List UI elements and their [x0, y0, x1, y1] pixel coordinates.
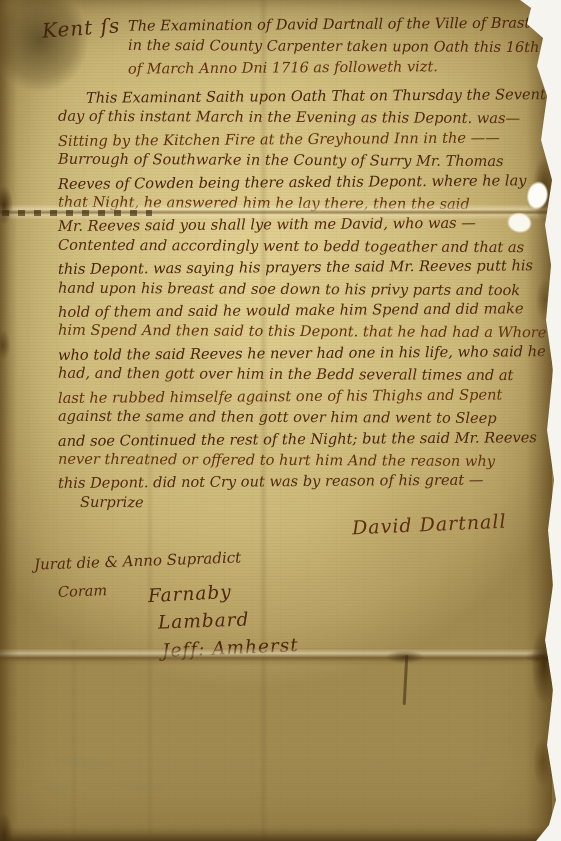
- paper-tear: [403, 655, 409, 705]
- deposition-body: This Examinant Saith upon Oath That on T…: [58, 86, 554, 514]
- manuscript-line: him Spend And then said to this Depont. …: [58, 320, 554, 344]
- justice-signature: Jeff: Amherst: [162, 635, 300, 662]
- heading-line: of March Anno Dni 1716 as followeth vizt…: [128, 56, 553, 81]
- manuscript-line: against the same and then gott over him …: [58, 406, 554, 430]
- manuscript-line: Mr. Reeves said you shall lye with me Da…: [58, 212, 554, 237]
- manuscript-line: had, and then gott over him in the Bedd …: [58, 363, 554, 387]
- manuscript-page: Kent ſs The Examination of David Dartnal…: [0, 0, 557, 841]
- justice-signature: Lambard: [158, 609, 250, 633]
- photo-backdrop: Kent ſs The Examination of David Dartnal…: [0, 0, 561, 841]
- heading-line: in the said County Carpenter taken upon …: [128, 35, 553, 59]
- ink-show-through: [19, 736, 214, 818]
- bottom-edge-shadow: [0, 827, 557, 841]
- left-edge-damage: [0, 0, 18, 841]
- manuscript-line: this Depont. was saying his prayers the …: [58, 255, 554, 280]
- manuscript-line: and soe Continued the rest of the Night;…: [58, 427, 554, 452]
- deponent-signature: David Dartnall: [352, 511, 507, 540]
- manuscript-line: Burrough of Southwarke in the County of …: [58, 149, 554, 173]
- heading-line: The Examination of David Dartnall of the…: [128, 13, 553, 38]
- vertical-fold-crease: [70, 640, 78, 841]
- manuscript-line: this Depont. did not Cry out was by reas…: [58, 469, 554, 494]
- examination-heading: The Examination of David Dartnall of the…: [128, 15, 553, 80]
- justice-signature: Farnaby: [148, 582, 233, 607]
- jurat-clause: Jurat die & Anno Supradict: [34, 548, 242, 573]
- coram-label: Coram: [58, 583, 108, 601]
- county-marginalia: Kent ſs: [41, 13, 121, 42]
- manuscript-line: day of this instant March in the Evening…: [58, 106, 554, 130]
